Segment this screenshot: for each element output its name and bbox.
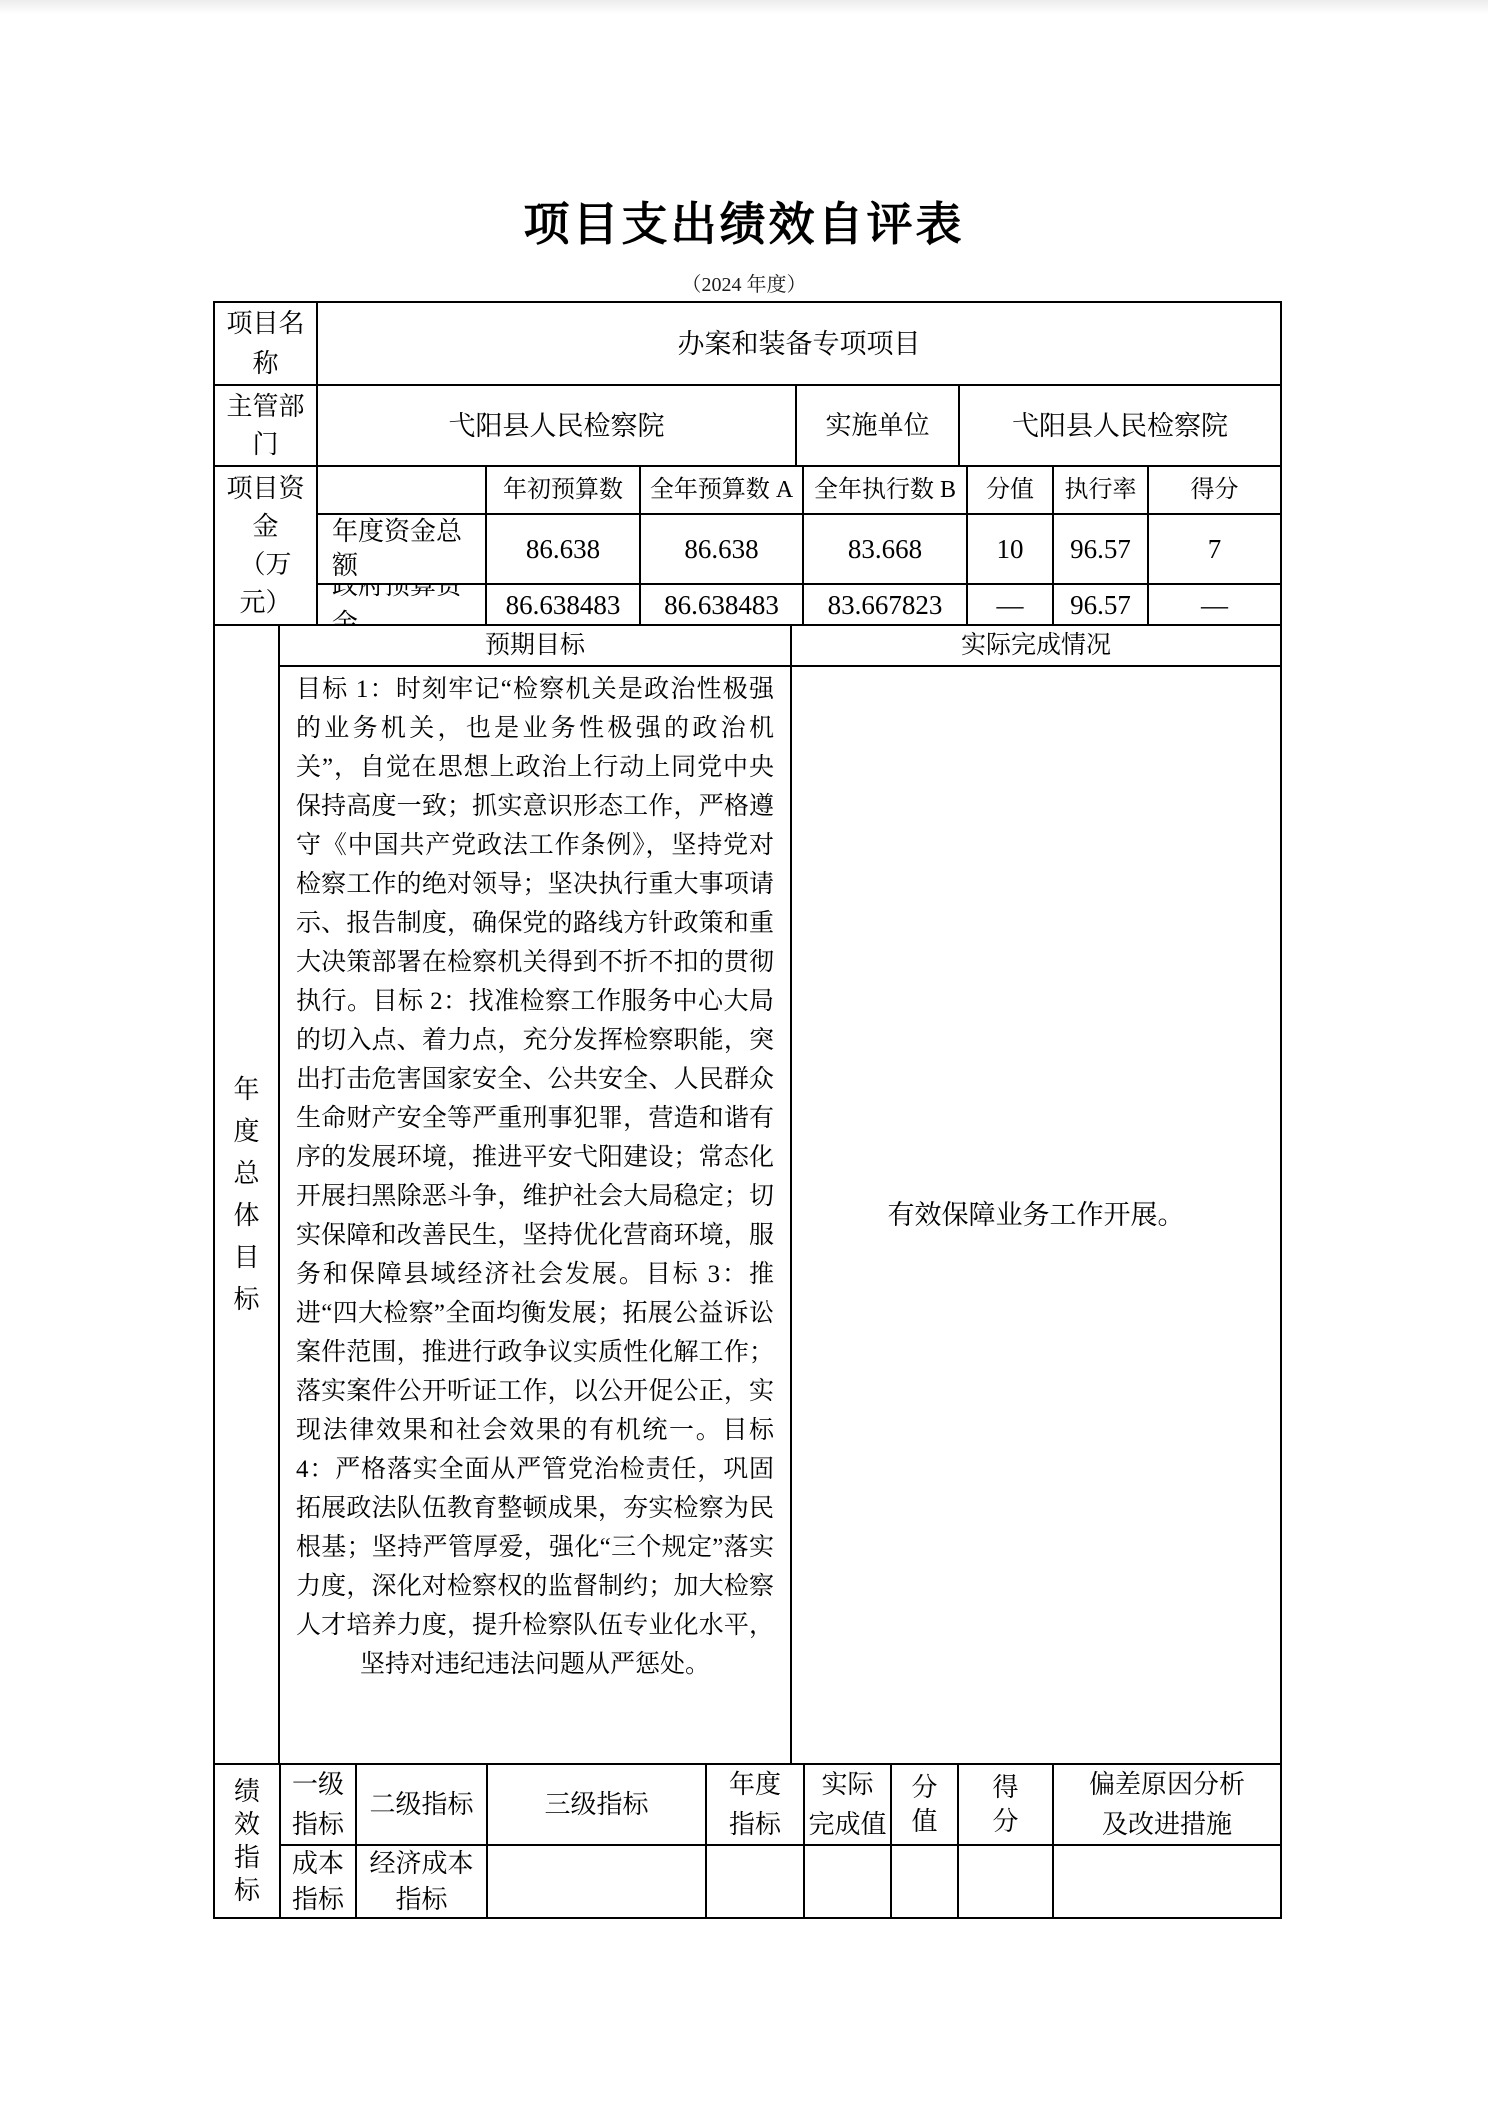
funds-section: 项目资 金 （万 元） 年初预算数 全年预算数 A 全年执行数 B 分值 执行率… (215, 467, 1282, 626)
department-label: 主管部 门 (215, 386, 318, 467)
page-title: 项目支出绩效自评表 (0, 188, 1488, 254)
indicators-section: 绩 效 指 标 一级 指标 二级指标 三级指标 年度 指标 实际 完成值 分 值… (215, 1765, 1282, 1919)
funds-cell-annual-budget: 86.638 (641, 515, 804, 585)
funds-header-weight: 分值 (968, 467, 1054, 515)
funds-header-execution-rate: 执行率 (1054, 467, 1149, 515)
funds-header-initial-budget: 年初预算数 (487, 467, 641, 515)
indicator-cell-actual-value (805, 1846, 892, 1919)
indicator-header-level2: 二级指标 (357, 1765, 488, 1846)
funds-header-spacer (318, 467, 487, 515)
funds-body: 年初预算数 全年预算数 A 全年执行数 B 分值 执行率 得分 年度资金总 额 … (318, 467, 1282, 626)
indicators-body: 一级 指标 二级指标 三级指标 年度 指标 实际 完成值 分 值 得 分 偏差原… (281, 1765, 1282, 1919)
annual-goal-label: 年 度 总 体 目 标 (215, 626, 280, 1765)
document-page: 项目支出绩效自评表 （2024 年度） 项目名 称 办案和装备专项项目 主管部 … (0, 0, 1488, 2104)
annual-goal-content-row: 目标 1：时刻牢记“检察机关是政治性极强的业务机关，也是业务性极强的政治机关”，… (280, 667, 1282, 1765)
indicator-header-deviation: 偏差原因分析 及改进措施 (1054, 1765, 1282, 1846)
indicator-cell-annual (707, 1846, 805, 1919)
page-subtitle: （2024 年度） (0, 268, 1488, 297)
funds-header-row: 年初预算数 全年预算数 A 全年执行数 B 分值 执行率 得分 (318, 467, 1282, 515)
funds-cell-initial-budget: 86.638483 (487, 585, 641, 626)
funds-row-label: 政府预算资金 (318, 585, 487, 626)
funds-cell-score: — (1149, 585, 1282, 626)
expected-goal-text: 目标 1：时刻牢记“检察机关是政治性极强的业务机关，也是业务性极强的政治机关”，… (280, 667, 792, 1765)
funds-cell-annual-execution: 83.668 (804, 515, 968, 585)
implementing-unit-value: 弋阳县人民检察院 (960, 386, 1282, 467)
indicator-header-level1: 一级 指标 (281, 1765, 357, 1846)
indicators-section-label: 绩 效 指 标 (215, 1765, 281, 1919)
funds-cell-weight: 10 (968, 515, 1054, 585)
implementing-unit-label: 实施单位 (797, 386, 960, 467)
indicator-header-level3: 三级指标 (488, 1765, 707, 1846)
indicator-cell-level2: 经济成本 指标 (357, 1846, 488, 1919)
department-value: 弋阳县人民检察院 (318, 386, 797, 467)
indicator-header-actual-value: 实际 完成值 (805, 1765, 892, 1846)
indicator-header-annual: 年度 指标 (707, 1765, 805, 1846)
funds-cell-score: 7 (1149, 515, 1282, 585)
funds-header-annual-budget: 全年预算数 A (641, 467, 804, 515)
indicator-cell-deviation (1054, 1846, 1282, 1919)
indicator-cell-weight (892, 1846, 959, 1919)
funds-cell-initial-budget: 86.638 (487, 515, 641, 585)
annual-goal-body: 预期目标 实际完成情况 目标 1：时刻牢记“检察机关是政治性极强的业务机关，也是… (280, 626, 1282, 1765)
self-evaluation-table: 项目名 称 办案和装备专项项目 主管部 门 弋阳县人民检察院 实施单位 弋阳县人… (213, 301, 1282, 1919)
annual-goal-section: 年 度 总 体 目 标 预期目标 实际完成情况 目标 1：时刻牢记“检察机关是政… (215, 626, 1282, 1765)
expected-goal-header: 预期目标 (280, 626, 792, 667)
indicator-cell-level3 (488, 1846, 707, 1919)
funds-cell-annual-execution: 83.667823 (804, 585, 968, 626)
funds-row-label: 年度资金总 额 (318, 515, 487, 585)
annual-goal-header-row: 预期目标 实际完成情况 (280, 626, 1282, 667)
funds-cell-execution-rate: 96.57 (1054, 515, 1149, 585)
actual-completion-text: 有效保障业务工作开展。 (792, 667, 1282, 1765)
funds-row-annual-total: 年度资金总 额 86.638 86.638 83.668 10 96.57 7 (318, 515, 1282, 585)
project-name-label: 项目名 称 (215, 303, 318, 386)
funds-header-annual-execution: 全年执行数 B (804, 467, 968, 515)
actual-completion-header: 实际完成情况 (792, 626, 1282, 667)
indicator-cell-level1: 成本 指标 (281, 1846, 357, 1919)
indicator-header-weight: 分 值 (892, 1765, 959, 1846)
indicator-cell-score (959, 1846, 1054, 1919)
funds-row-government-budget: 政府预算资金 86.638483 86.638483 83.667823 — 9… (318, 585, 1282, 626)
indicator-data-row: 成本 指标 经济成本 指标 (281, 1846, 1282, 1919)
funds-cell-annual-budget: 86.638483 (641, 585, 804, 626)
funds-cell-weight: — (968, 585, 1054, 626)
department-row: 主管部 门 弋阳县人民检察院 实施单位 弋阳县人民检察院 (215, 386, 1282, 467)
funds-header-score: 得分 (1149, 467, 1282, 515)
project-name-row: 项目名 称 办案和装备专项项目 (215, 303, 1282, 386)
project-name-value: 办案和装备专项项目 (318, 303, 1282, 386)
funds-cell-execution-rate: 96.57 (1054, 585, 1149, 626)
indicator-header-score: 得 分 (959, 1765, 1054, 1846)
indicators-header-row: 一级 指标 二级指标 三级指标 年度 指标 实际 完成值 分 值 得 分 偏差原… (281, 1765, 1282, 1846)
funds-section-label: 项目资 金 （万 元） (215, 467, 318, 626)
